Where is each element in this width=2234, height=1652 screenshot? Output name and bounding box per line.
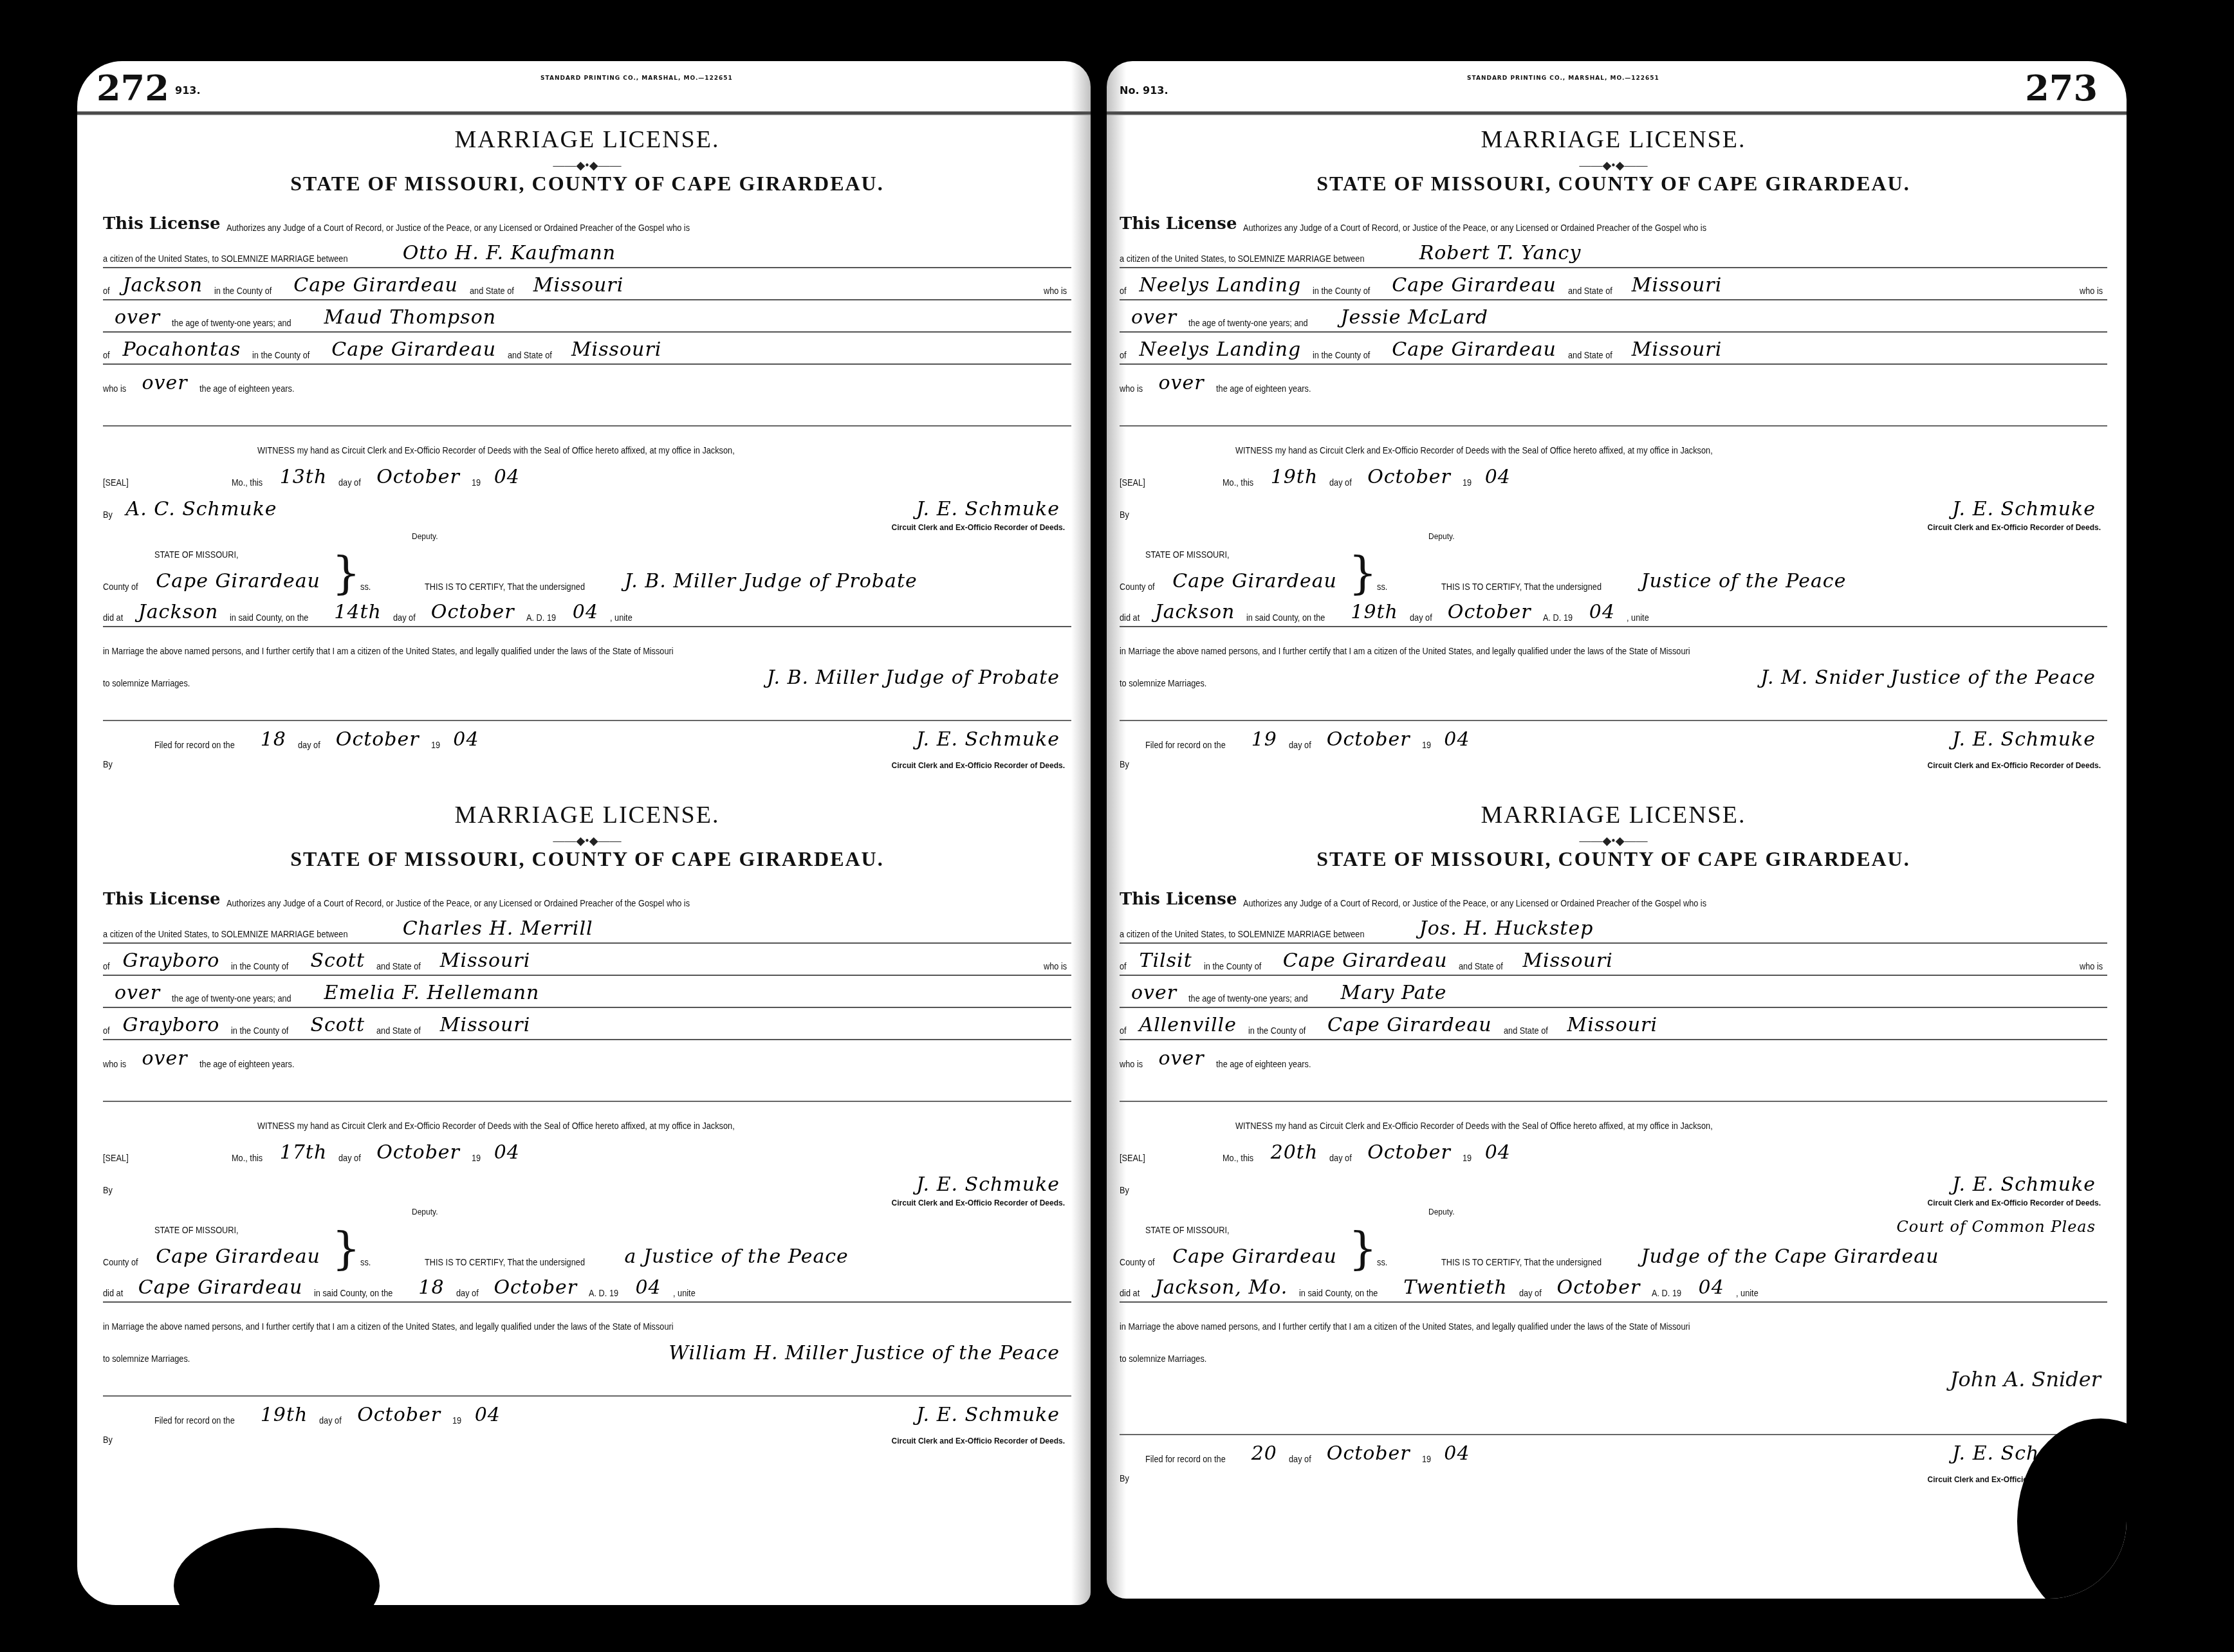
day-of-label: day of [393,612,416,623]
cert-county: Cape Girardeau [1161,570,1349,592]
of-label: of [103,286,110,297]
ad-label: A. D. 19 [589,1288,618,1299]
by-label: By [103,759,113,770]
year-prefix: 19 [1463,1153,1472,1164]
issue-month: October [365,1141,472,1164]
marriage-statement: in Marriage the above named persons, and… [103,1321,674,1332]
officiant-title: a Justice of the Peace [613,1245,860,1268]
bride-age: over [1147,372,1216,394]
license-jurisdiction: STATE OF MISSOURI, COUNTY OF CAPE GIRARD… [103,172,1071,204]
year-prefix: 19 [1422,1454,1431,1465]
groom-name: Otto H. F. Kaufmann [391,242,627,264]
blank-line [103,1367,1071,1397]
license-robert-yancy: MARRIAGE LICENSE. ——◆•◆—— STATE OF MISSO… [1107,125,2127,773]
by-label: By [103,1435,113,1445]
did-at-label: did at [1120,612,1140,623]
bride-name: Emelia F. Hellemann [313,982,551,1004]
clerk-caption: Circuit Clerk and Ex-Officio Recorder of… [892,1436,1071,1445]
marriage-place-row: did at Jackson in said County, on the 14… [103,595,1071,627]
deputy-caption: Deputy. [1120,1207,2107,1216]
who-is-label: who is [1044,286,1067,297]
groom-county: Cape Girardeau [1380,274,1568,297]
groom-row: a citizen of the United States, to SOLEM… [103,912,1071,944]
solemnize-row: to solemnize Marriages. William H. Mille… [103,1335,1071,1367]
filed-clerk-signature: J. E. Schmuke [1941,728,2107,751]
page-number: 273 [2025,68,2098,109]
bride-age: over [1147,1047,1216,1070]
clerk-signature-row: By J. E. Schmuke [103,1166,1071,1198]
groom-town: Jackson [111,274,215,297]
deputy-caption: Deputy. [1120,532,2107,541]
groom-town: Grayboro [111,950,232,972]
marriage-month: October [1546,1276,1652,1299]
clerk-caption: Circuit Clerk and Ex-Officio Recorder of… [1928,761,2107,770]
county-label: in the County of [231,1025,288,1036]
marriage-statement: in Marriage the above named persons, and… [103,646,674,657]
issue-month: October [1356,1141,1463,1164]
of-label: of [1120,286,1127,297]
by-label: By [1120,1185,1129,1196]
clerk-caption: Circuit Clerk and Ex-Officio Recorder of… [892,761,1071,770]
ss-label: ss. [360,1257,371,1268]
seal-label: [SEAL] [1120,477,1207,488]
filed-month: October [346,1404,452,1426]
bride-name: Jessie McLard [1329,306,1500,329]
officiant-signature: J. B. Miller Judge of Probate [755,666,1071,689]
license-otto-kaufmann: MARRIAGE LICENSE. ——◆•◆—— STATE OF MISSO… [77,125,1091,773]
marriage-statement: in Marriage the above named persons, and… [1120,1321,1690,1332]
witness-row: WITNESS my hand as Circuit Clerk and Ex-… [1120,1102,2107,1134]
state-of-missouri-row: STATE OF MISSOURI, Court of Common Pleas [1120,1216,2107,1238]
this-license-heading: This License [103,214,220,234]
county-label: in the County of [252,350,309,361]
license-title: MARRIAGE LICENSE. [1120,125,2107,159]
witness-text: WITNESS my hand as Circuit Clerk and Ex-… [257,445,735,456]
state-label: and State of [376,1025,421,1036]
bride-county: Scott [299,1014,376,1036]
bride-name: Mary Pate [1329,982,1459,1004]
county-of-label: County of [103,582,138,592]
marriage-place-row: did at Cape Girardeau in said County, on… [103,1271,1071,1303]
form-number: 913. [175,84,200,96]
county-label: in the County of [1204,961,1261,972]
in-said-county-label: in said County, on the [314,1288,392,1299]
state-label: and State of [508,350,552,361]
certify-text: THIS IS TO CERTIFY, That the undersigned [425,582,585,592]
bride-row: over the age of twenty-one years; and Ma… [103,300,1071,333]
county-label: in the County of [1313,350,1370,361]
groom-state: Missouri [1511,950,1624,972]
day-of-label: day of [298,740,320,751]
groom-state: Missouri [522,274,635,297]
marriage-day: 14th [322,601,393,623]
filed-row: Filed for record on the 20 day of Octobe… [1120,1435,2107,1467]
who-is-label: who is [2080,286,2103,297]
bride-town: Pocahontas [111,338,253,361]
authorization-row: This License Authorizes any Judge of a C… [103,204,1071,236]
day-of-label: day of [338,477,361,488]
clerk-signature: J. E. Schmuke [905,498,1071,520]
day-of-label: day of [1329,1153,1352,1164]
state-of-missouri-row: STATE OF MISSOURI, [1120,541,2107,563]
marriage-place-row: did at Jackson in said County, on the 19… [1120,595,2107,627]
blank-line [103,1072,1071,1102]
mo-this-label: Mo., this [232,1153,263,1164]
groom-age: over [103,306,172,329]
of-label: of [103,1025,110,1036]
county-of-label: County of [1120,1257,1155,1268]
did-at-label: did at [1120,1288,1140,1299]
marriage-year: 04 [1687,1276,1736,1299]
authorization-text: Authorizes any Judge of a Court of Recor… [1243,898,1706,909]
bride-state: Missouri [560,338,673,361]
state-of-missouri-row: STATE OF MISSOURI, [103,1216,1071,1238]
witness-text: WITNESS my hand as Circuit Clerk and Ex-… [1235,445,1713,456]
blank-line [103,397,1071,427]
filed-label: Filed for record on the [154,740,235,751]
county-label: in the County of [1313,286,1370,297]
clerk-signature: J. E. Schmuke [1941,498,2107,520]
citizen-label: a citizen of the United States, to SOLEM… [103,253,348,264]
groom-name: Jos. H. Huckstep [1408,917,1605,940]
filed-month: October [1315,1442,1422,1465]
age-18-label: the age of eighteen years. [1216,383,1311,394]
this-license-heading: This License [1120,214,1237,234]
issue-date-row: [SEAL] Mo., this 19th day of October 19 … [1120,459,2107,491]
unite-label: , unite [673,1288,696,1299]
year-prefix: 19 [1463,477,1472,488]
county-label: in the County of [231,961,288,972]
filed-day: 20 [1240,1442,1289,1465]
page-272: 272 913. STANDARD PRINTING CO., MARSHAL,… [77,61,1091,1605]
authorization-text: Authorizes any Judge of a Court of Recor… [226,898,690,909]
bride-state: Missouri [1620,338,1733,361]
by-label: By [103,1185,113,1196]
authorization-text: Authorizes any Judge of a Court of Recor… [1243,223,1706,234]
groom-residence-row: of Neelys Landing in the County of Cape … [1120,268,2107,300]
authorization-row: This License Authorizes any Judge of a C… [1120,204,2107,236]
bride-town: Grayboro [111,1014,232,1036]
in-said-county-label: in said County, on the [230,612,308,623]
authorization-row: This License Authorizes any Judge of a C… [1120,879,2107,912]
bride-age: over [131,372,199,394]
issue-year: 04 [1473,1141,1522,1164]
certification-row: County of Cape Girardeau } ss. THIS IS T… [103,563,1071,595]
marriage-month: October [420,601,526,623]
filed-by-row: By Circuit Clerk and Ex-Officio Recorder… [103,753,1071,773]
filed-label: Filed for record on the [1145,740,1226,751]
state-of-missouri-label: STATE OF MISSOURI, [1145,549,1230,560]
ornament-divider: ——◆•◆—— [103,159,1071,172]
did-at-label: did at [103,612,123,623]
bride-age-row: who is over the age of eighteen years. [103,365,1071,397]
unite-label: , unite [610,612,632,623]
clerk-caption: Circuit Clerk and Ex-Officio Recorder of… [103,523,1071,532]
this-license-heading: This License [1120,890,1237,909]
year-prefix: 19 [431,740,440,751]
deputy-caption: Deputy. [103,1207,1071,1216]
cert-county: Cape Girardeau [144,1245,332,1268]
marriage-place: Jackson [127,601,230,623]
ss-label: ss. [360,582,371,592]
bride-row: over the age of twenty-one years; and Ma… [1120,976,2107,1008]
day-of-label: day of [1519,1288,1542,1299]
bride-state: Missouri [429,1014,542,1036]
issue-date-row: [SEAL] Mo., this 17th day of October 19 … [103,1134,1071,1166]
license-jurisdiction: STATE OF MISSOURI, COUNTY OF CAPE GIRARD… [103,847,1071,879]
witness-text: WITNESS my hand as Circuit Clerk and Ex-… [1235,1121,1713,1132]
bride-county: Cape Girardeau [320,338,508,361]
issue-month: October [365,466,472,488]
seal-label: [SEAL] [1120,1153,1207,1164]
citizen-label: a citizen of the United States, to SOLEM… [1120,253,1365,264]
license-title: MARRIAGE LICENSE. [103,801,1071,834]
groom-state: Missouri [429,950,542,972]
state-label: and State of [470,286,514,297]
state-of-missouri-row: STATE OF MISSOURI, [103,541,1071,563]
marriage-statement-row: in Marriage the above named persons, and… [103,1303,1071,1335]
marriage-statement-row: in Marriage the above named persons, and… [103,627,1071,659]
day-of-label: day of [338,1153,361,1164]
bride-age-row: who is over the age of eighteen years. [103,1040,1071,1072]
witness-row: WITNESS my hand as Circuit Clerk and Ex-… [103,1102,1071,1134]
license-charles-merrill: MARRIAGE LICENSE. ——◆•◆—— STATE OF MISSO… [77,801,1091,1448]
certify-text: THIS IS TO CERTIFY, That the undersigned [1441,582,1602,592]
blank-line [1120,1406,2107,1435]
year-prefix: 19 [472,1153,481,1164]
state-of-missouri-label: STATE OF MISSOURI, [1145,1225,1230,1236]
officiant-title: Justice of the Peace [1630,570,1858,592]
marriage-day: 18 [407,1276,456,1299]
seal-label: [SEAL] [103,1153,212,1164]
witness-row: WITNESS my hand as Circuit Clerk and Ex-… [1120,427,2107,459]
deputy-caption: Deputy. [103,532,1071,541]
marriage-statement-row: in Marriage the above named persons, and… [1120,1303,2107,1335]
of-label: of [1120,961,1127,972]
age-21-label: the age of twenty-one years; and [1188,993,1308,1004]
solemnize-text: to solemnize Marriages. [103,678,190,689]
bride-name: Maud Thompson [313,306,508,329]
filed-row: Filed for record on the 19th day of Octo… [103,1397,1071,1429]
certify-text: THIS IS TO CERTIFY, That the undersigned [1441,1257,1602,1268]
bride-age-row: who is over the age of eighteen years. [1120,1040,2107,1072]
clerk-caption: Circuit Clerk and Ex-Officio Recorder of… [1120,1198,2107,1207]
certification-row: County of Cape Girardeau } ss. THIS IS T… [103,1238,1071,1271]
of-label: of [103,961,110,972]
groom-county: Cape Girardeau [1271,950,1459,972]
groom-residence-row: of Jackson in the County of Cape Girarde… [103,268,1071,300]
license-jos-huckstep: MARRIAGE LICENSE. ——◆•◆—— STATE OF MISSO… [1107,801,2127,1487]
witness-text: WITNESS my hand as Circuit Clerk and Ex-… [257,1121,735,1132]
certification-row: County of Cape Girardeau } ss. THIS IS T… [1120,1238,2107,1271]
in-said-county-label: in said County, on the [1246,612,1325,623]
groom-residence-row: of Grayboro in the County of Scott and S… [103,944,1071,976]
filed-year: 04 [463,1404,512,1426]
day-of-label: day of [1289,1454,1311,1465]
state-of-missouri-label: STATE OF MISSOURI, [154,1225,239,1236]
ornament-divider: ——◆•◆—— [1120,159,2107,172]
filed-by-row: By Circuit Clerk and Ex-Officio Recorder… [1120,753,2107,773]
bride-state: Missouri [1556,1014,1669,1036]
groom-name: Charles H. Merrill [391,917,605,940]
officiant-title-line1: Court of Common Pleas [1885,1218,2108,1236]
ss-label: ss. [1377,1257,1387,1268]
of-label: of [1120,1025,1127,1036]
blank-line [1120,1072,2107,1102]
marriage-year: 04 [1578,601,1627,623]
age-21-label: the age of twenty-one years; and [172,993,291,1004]
filed-label: Filed for record on the [154,1415,235,1426]
filed-label: Filed for record on the [1145,1454,1226,1465]
mo-this-label: Mo., this [232,477,263,488]
county-of-label: County of [1120,582,1155,592]
officiant-title: Judge of the Cape Girardeau [1630,1245,1951,1268]
solemnize-text: to solemnize Marriages. [1120,1354,1206,1364]
clerk-caption: Circuit Clerk and Ex-Officio Recorder of… [103,1198,1071,1207]
printer-imprint: STANDARD PRINTING CO., MARSHAL, MO.—1226… [1467,75,1659,82]
bride-town: Neelys Landing [1128,338,1313,361]
filed-by-row: By Circuit Clerk and Ex-Officio Recorder… [103,1429,1071,1448]
marriage-place: Cape Girardeau [127,1276,315,1299]
bride-age: over [131,1047,199,1070]
marriage-place: Jackson, Mo. [1143,1276,1300,1299]
issue-day: 19th [1259,466,1330,488]
age-18-label: the age of eighteen years. [199,383,294,394]
clerk-signature-row: By J. E. Schmuke [1120,491,2107,523]
ss-label: ss. [1377,582,1387,592]
year-prefix: 19 [452,1415,461,1426]
who-is-label: who is [2080,961,2103,972]
cert-county: Cape Girardeau [144,570,332,592]
by-label: By [1120,509,1129,520]
filed-month: October [1315,728,1422,751]
issue-day: 17th [268,1141,339,1164]
year-prefix: 19 [472,477,481,488]
state-label: and State of [1568,286,1612,297]
groom-row: a citizen of the United States, to SOLEM… [1120,236,2107,268]
header-rule [1107,111,2127,115]
clerk-signature: J. E. Schmuke [1941,1173,2107,1196]
filed-row: Filed for record on the 19 day of Octobe… [1120,721,2107,753]
ornament-divider: ——◆•◆—— [1120,834,2107,847]
day-of-label: day of [1410,612,1432,623]
ad-label: A. D. 19 [1652,1288,1681,1299]
marriage-statement-row: in Marriage the above named persons, and… [1120,627,2107,659]
bride-residence-row: of Allenville in the County of Cape Gira… [1120,1008,2107,1040]
day-of-label: day of [1289,740,1311,751]
groom-town: Neelys Landing [1128,274,1313,297]
age-18-label: the age of eighteen years. [199,1059,294,1070]
groom-age: over [1120,982,1188,1004]
marriage-day: Twentieth [1392,1276,1519,1299]
issue-year: 04 [483,466,531,488]
clerk-signature-row: By A. C. Schmuke J. E. Schmuke [103,491,1071,523]
age-21-label: the age of twenty-one years; and [1188,318,1308,329]
groom-name: Robert T. Yancy [1408,242,1593,264]
mo-this-label: Mo., this [1223,1153,1253,1164]
day-of-label: day of [1329,477,1352,488]
unite-label: , unite [1627,612,1649,623]
filed-clerk-signature: J. E. Schmuke [905,1404,1071,1426]
state-label: and State of [1459,961,1503,972]
license-jurisdiction: STATE OF MISSOURI, COUNTY OF CAPE GIRARD… [1120,172,2107,204]
authorization-row: This License Authorizes any Judge of a C… [103,879,1071,912]
groom-county: Cape Girardeau [282,274,470,297]
issue-year: 04 [1473,466,1522,488]
blank-line [1120,692,2107,721]
issue-day: 20th [1259,1141,1330,1164]
marriage-year: 04 [623,1276,672,1299]
page-curl-shadow [174,1528,380,1605]
groom-residence-row: of Tilsit in the County of Cape Girardea… [1120,944,2107,976]
issue-date-row: [SEAL] Mo., this 20th day of October 19 … [1120,1134,2107,1166]
issue-year: 04 [483,1141,531,1164]
unite-label: , unite [1736,1288,1759,1299]
solemnize-row: to solemnize Marriages. J. M. Snider Jus… [1120,659,2107,692]
deputy-signature: A. C. Schmuke [115,498,289,520]
of-label: of [1120,350,1127,361]
blank-line [103,692,1071,721]
bride-county: Cape Girardeau [1316,1014,1504,1036]
ad-label: A. D. 19 [1543,612,1573,623]
filed-clerk-signature: J. E. Schmuke [905,728,1071,751]
officiant-signature: John A. Snider [1120,1367,2107,1406]
state-label: and State of [1568,350,1612,361]
cert-county: Cape Girardeau [1161,1245,1349,1268]
by-label: By [1120,759,1129,770]
page-273: 273 No. 913. STANDARD PRINTING CO., MARS… [1107,61,2127,1599]
age-21-label: the age of twenty-one years; and [172,318,291,329]
bride-age-row: who is over the age of eighteen years. [1120,365,2107,397]
year-prefix: 19 [1422,740,1431,751]
solemnize-text: to solemnize Marriages. [1120,678,1206,689]
groom-age: over [1120,306,1188,329]
groom-row: a citizen of the United States, to SOLEM… [103,236,1071,268]
form-number: No. 913. [1120,84,1168,96]
seal-label: [SEAL] [103,477,212,488]
citizen-label: a citizen of the United States, to SOLEM… [103,929,348,940]
license-title: MARRIAGE LICENSE. [1120,801,2107,834]
solemnize-text: to solemnize Marriages. [103,1354,190,1364]
solemnize-row: to solemnize Marriages. [1120,1335,2107,1367]
ornament-divider: ——◆•◆—— [103,834,1071,847]
filed-year: 04 [1432,1442,1481,1465]
officiant-title: J. B. Miller Judge of Probate [613,570,929,592]
of-label: of [103,350,110,361]
filed-day: 19 [1240,728,1289,751]
page-number: 272 [97,68,169,109]
issue-date-row: [SEAL] Mo., this 13th day of October 19 … [103,459,1071,491]
groom-state: Missouri [1620,274,1733,297]
certification-row: County of Cape Girardeau } ss. THIS IS T… [1120,563,2107,595]
state-of-missouri-label: STATE OF MISSOURI, [154,549,239,560]
who-is-label: who is [1120,1059,1143,1070]
age-18-label: the age of eighteen years. [1216,1059,1311,1070]
filed-day: 19th [249,1404,320,1426]
printer-imprint: STANDARD PRINTING CO., MARSHAL, MO.—1226… [540,75,733,82]
bride-residence-row: of Grayboro in the County of Scott and S… [103,1008,1071,1040]
citizen-label: a citizen of the United States, to SOLEM… [1120,929,1365,940]
witness-row: WITNESS my hand as Circuit Clerk and Ex-… [103,427,1071,459]
issue-day: 13th [268,466,339,488]
marriage-month: October [482,1276,589,1299]
filed-year: 04 [1432,728,1481,751]
groom-town: Tilsit [1128,950,1204,972]
who-is-label: who is [103,383,126,394]
issue-month: October [1356,466,1463,488]
groom-county: Scott [299,950,376,972]
bride-residence-row: of Pocahontas in the County of Cape Gira… [103,333,1071,365]
